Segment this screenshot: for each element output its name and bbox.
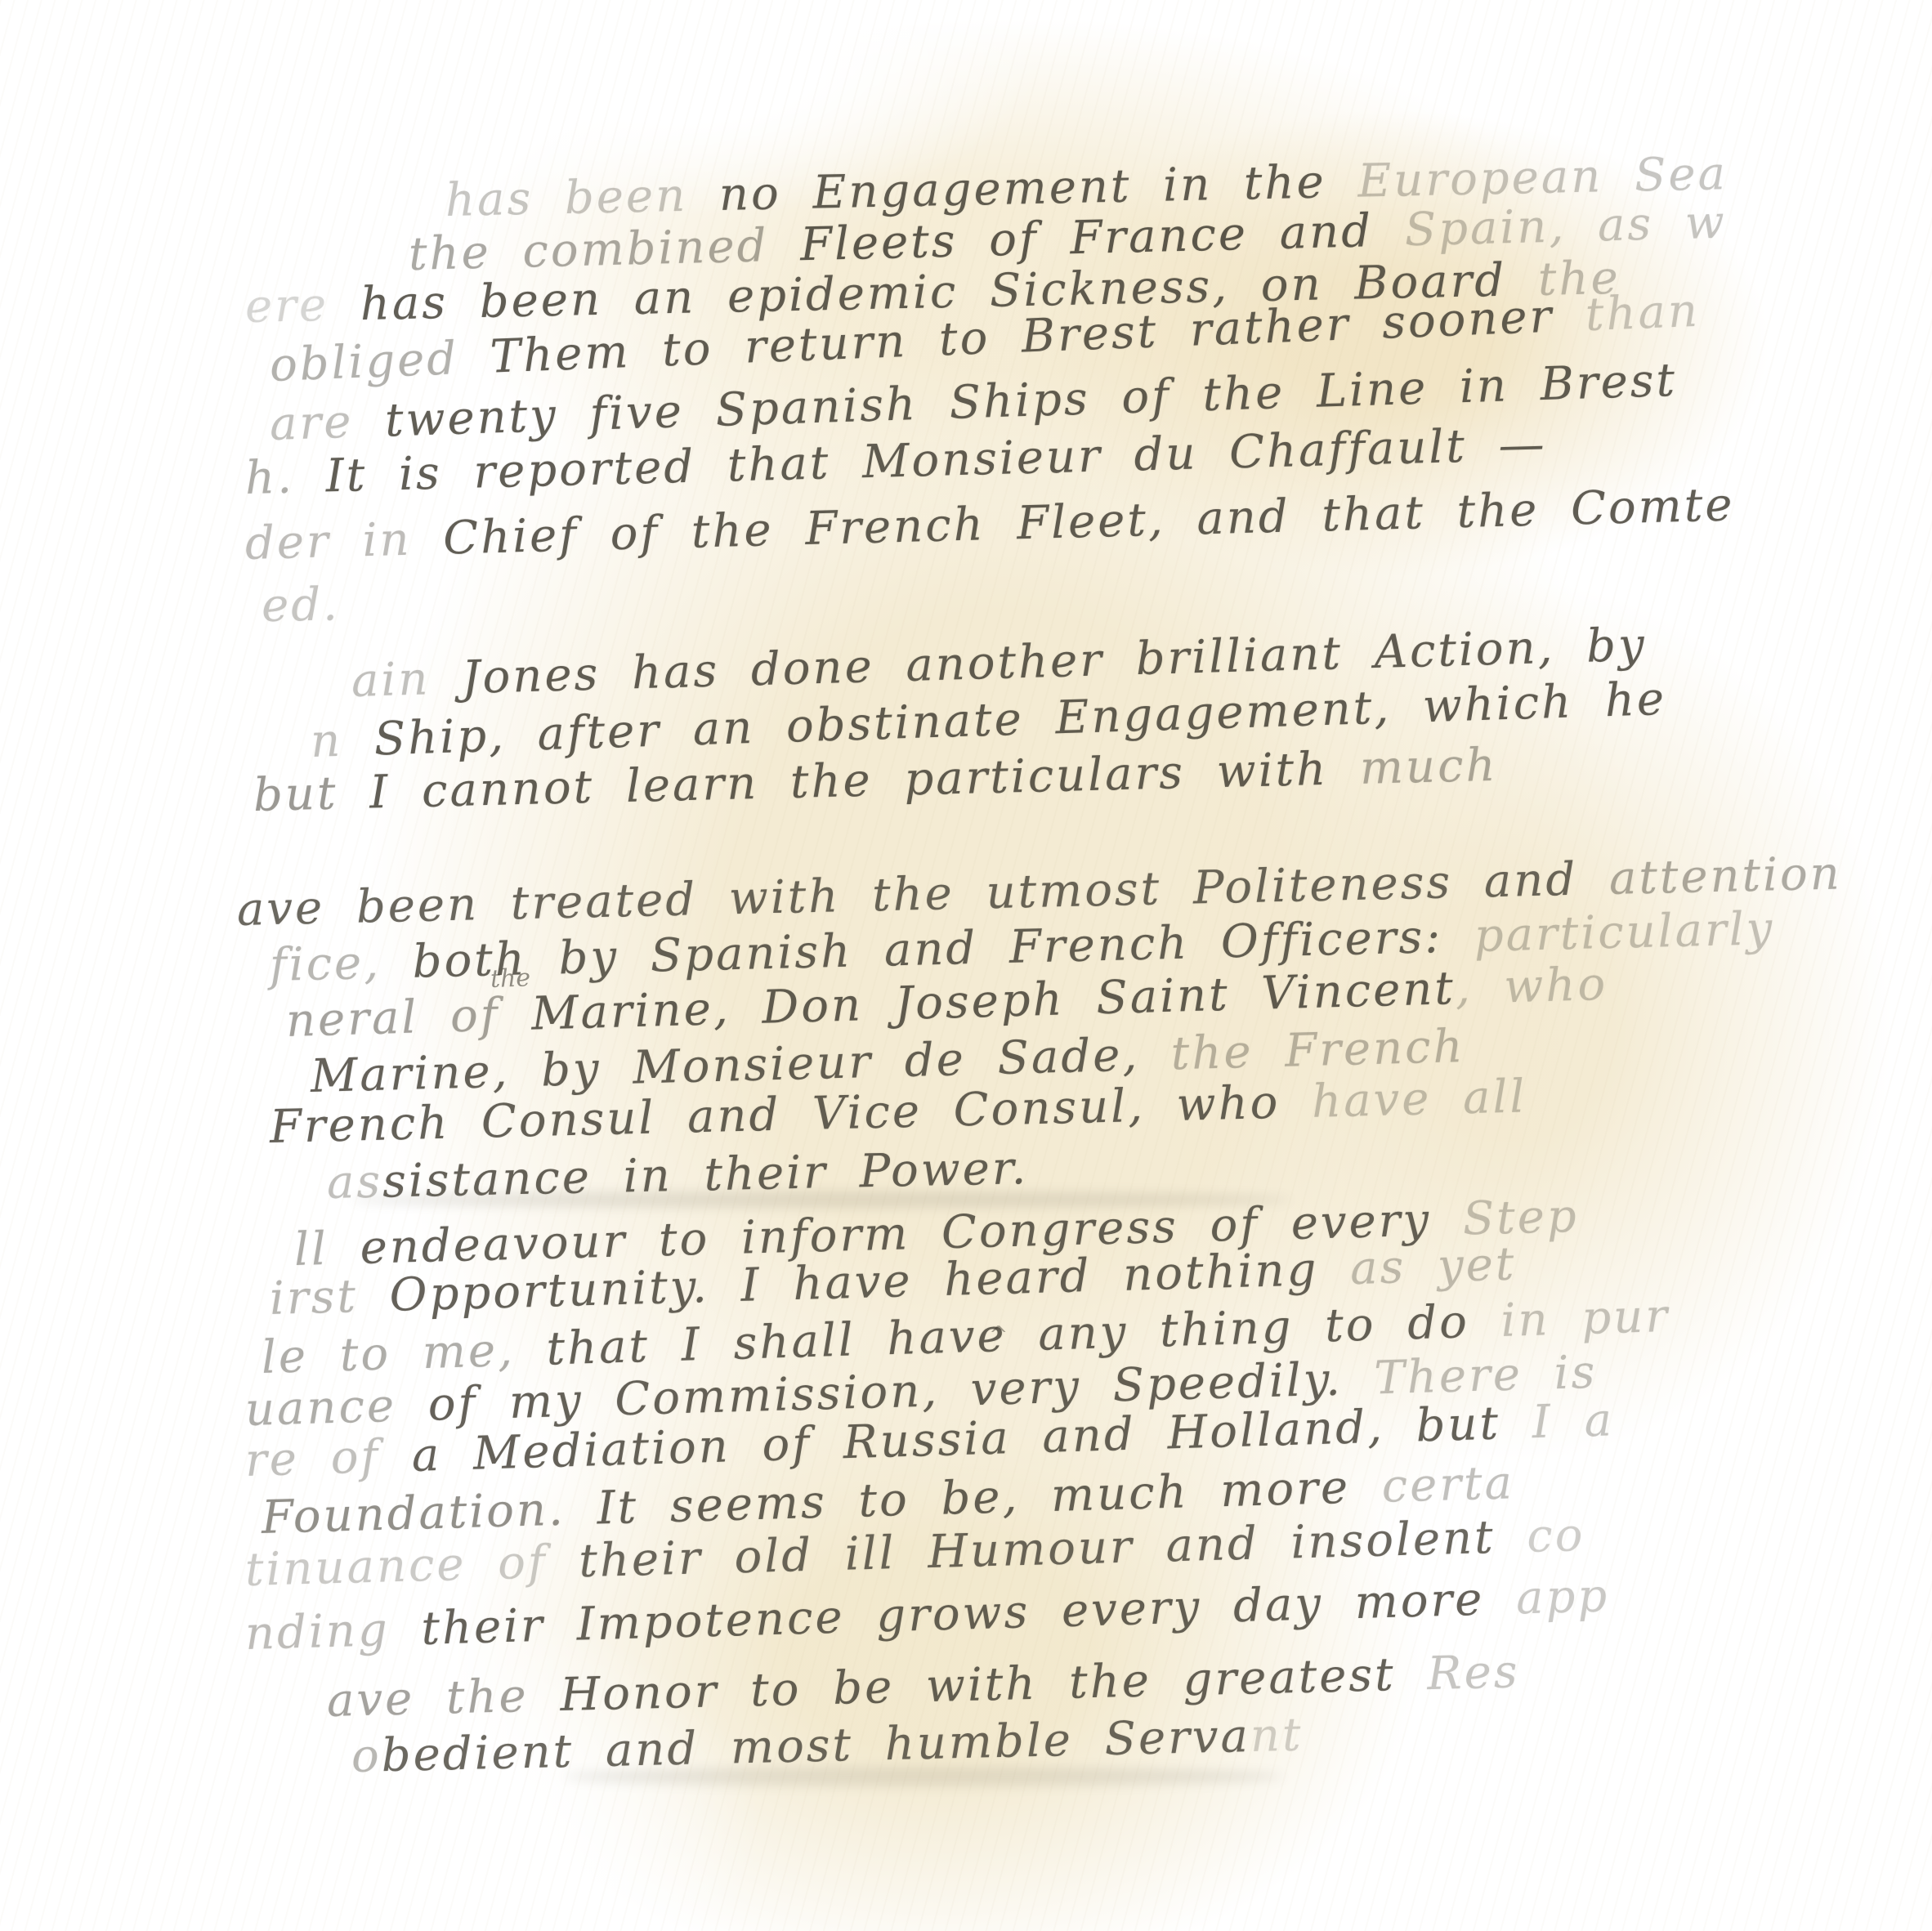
text-segment: Res [1427,1645,1521,1701]
text-segment: nt [1250,1709,1304,1763]
text-segment: particularly [1474,902,1775,963]
text-segment: but [253,767,370,822]
text-segment: has been [445,168,719,227]
text-segment: I a [1532,1393,1615,1449]
manuscript-line-26: ave the Honor to be with the greatest Re… [326,1649,1520,1724]
text-segment: h. [244,449,326,505]
text-segment: , who [1455,958,1608,1015]
text-segment: nding [244,1602,422,1661]
text-segment: certa [1381,1456,1515,1513]
text-segment: neral of [285,988,532,1048]
interlinear-insertion: the [490,966,530,992]
document-scan: has been no Engagement in the European S… [0,0,1932,1931]
text-segment: n [310,713,375,768]
text-segment: co [1526,1509,1585,1563]
ink-smudge-2 [564,1767,1283,1786]
text-segment: Spain, as w [1404,196,1728,257]
text-segment: have all [1311,1070,1527,1128]
manuscript-line-8: ed. [262,582,341,629]
text-segment: are [269,395,386,451]
text-segment: ain [351,651,463,708]
text-segment: le to me, [261,1323,547,1384]
text-segment: app [1515,1569,1610,1625]
text-segment: the French [1170,1020,1465,1080]
text-segment: much [1359,739,1498,795]
text-segment: tinuance of [244,1535,579,1597]
text-segment: obliged [269,331,491,392]
text-segment: ere [244,278,360,333]
text-segment: der in [244,512,444,570]
text-segment: o [351,1729,382,1783]
letter-page: has been no Engagement in the European S… [0,0,1932,1931]
text-segment: Step [1462,1190,1580,1246]
text-segment: re of [244,1429,413,1487]
text-segment: ave the [326,1669,561,1728]
text-segment: than [1585,284,1701,342]
text-segment: ll [293,1222,360,1276]
text-segment: uance [244,1379,429,1437]
text-segment: attention [1608,847,1842,905]
caret-mark: ^ [989,1324,1008,1347]
ink-smudge-1 [351,1191,1291,1208]
text-segment: fice, [269,936,413,992]
text-segment: as yet [1349,1237,1517,1295]
text-segment: ed. [261,578,340,632]
text-segment: irst [269,1269,390,1325]
text-segment: in pur [1500,1290,1670,1348]
